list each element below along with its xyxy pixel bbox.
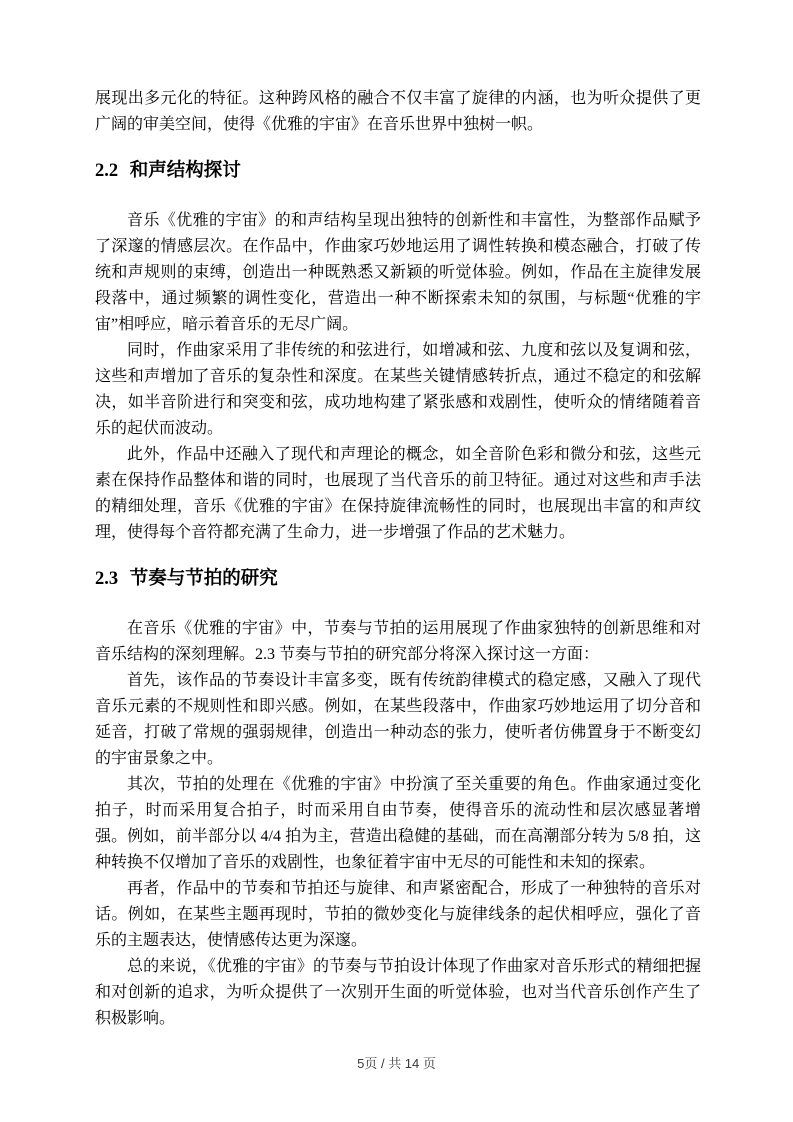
page-number-indicator: 5页 / 共 14 页 xyxy=(357,1056,436,1071)
paragraph-rhythm-4: 再者，作品中的节奏和节拍还与旋律、和声紧密配合，形成了一种独特的音乐对话。例如，… xyxy=(95,876,701,954)
paragraph-rhythm-3: 其次，节拍的处理在《优雅的宇宙》中扮演了至关重要的角色。作曲家通过变化拍子，时而… xyxy=(95,772,701,876)
document-page: 展现出多元化的特征。这种跨风格的融合不仅丰富了旋律的内涵，也为听众提供了更广阔的… xyxy=(0,0,793,1122)
paragraph-rhythm-2: 首先，该作品的节奏设计丰富多变，既有传统韵律模式的稳定感，又融入了现代音乐元素的… xyxy=(95,668,701,772)
paragraph-harmony-2: 同时，作曲家采用了非传统的和弦进行，如增减和弦、九度和弦以及复调和弦，这些和声增… xyxy=(95,338,701,442)
page-footer: 5页 / 共 14 页 xyxy=(0,1055,793,1073)
paragraph-harmony-1: 音乐《优雅的宇宙》的和声结构呈现出独特的创新性和丰富性，为整部作品赋予了深邃的情… xyxy=(95,208,701,338)
paragraph-harmony-3: 此外，作品中还融入了现代和声理论的概念，如全音阶色彩和微分和弦，这些元素在保持作… xyxy=(95,442,701,546)
paragraph-rhythm-5: 总的来说，《优雅的宇宙》的节奏与节拍设计体现了作曲家对音乐形式的精细把握和对创新… xyxy=(95,954,701,1032)
paragraph-rhythm-1: 在音乐《优雅的宇宙》中，节奏与节拍的运用展现了作曲家独特的创新思维和对音乐结构的… xyxy=(95,616,701,668)
section-heading-2-2: 2.2 和声结构探讨 xyxy=(95,158,701,184)
page-content: 展现出多元化的特征。这种跨风格的融合不仅丰富了旋律的内涵，也为听众提供了更广阔的… xyxy=(95,86,701,1032)
section-heading-2-3: 2.3 节奏与节拍的研究 xyxy=(95,566,701,592)
paragraph-continuation: 展现出多元化的特征。这种跨风格的融合不仅丰富了旋律的内涵，也为听众提供了更广阔的… xyxy=(95,86,701,138)
